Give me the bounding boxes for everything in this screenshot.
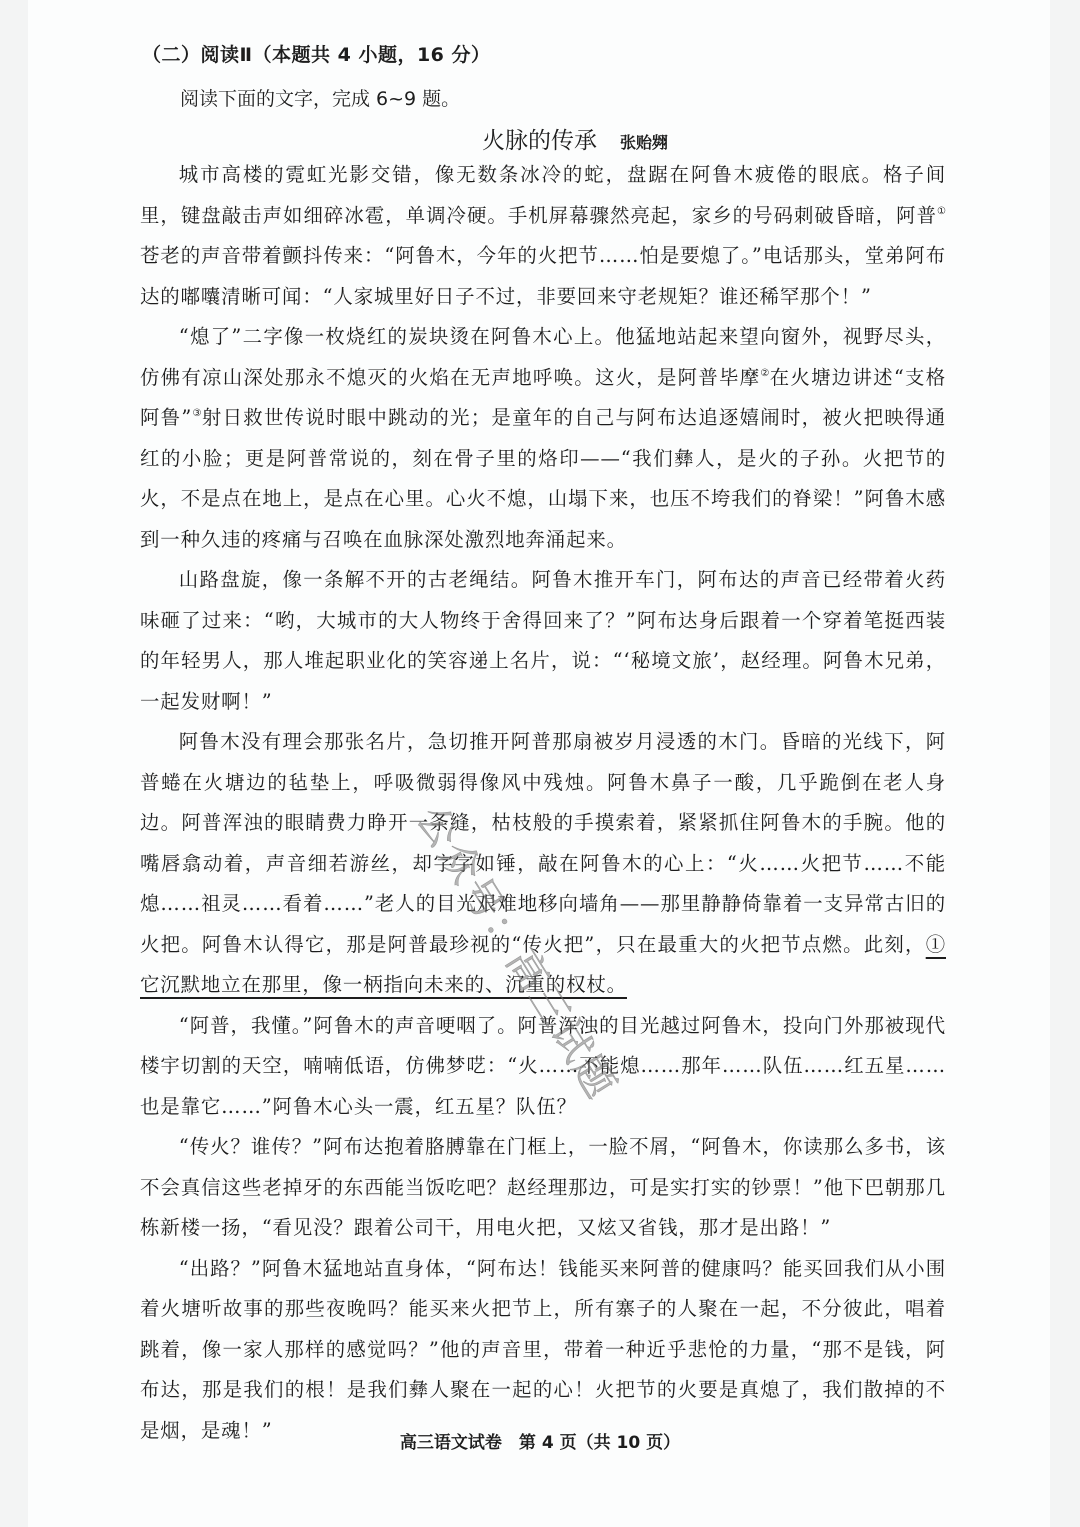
paragraph-text: “出路？”阿鲁木猛地站直身体，“阿布达！钱能买来阿普的健康吗？能买回我们从小围着… xyxy=(140,1257,946,1442)
article-paragraph: “熄了”二字像一枚烧红的炭块烫在阿鲁木心上。他猛地站起来望向窗外，视野尽头，仿佛… xyxy=(140,317,946,560)
section-heading: （二）阅读Ⅱ（本题共 4 小题，16 分） xyxy=(142,40,491,67)
paragraph-text: 阿鲁木没有理会那张名片，急切推开阿普那扇被岁月浸透的木门。昏暗的光线下，阿普蜷在… xyxy=(140,730,946,956)
article-paragraph: “出路？”阿鲁木猛地站直身体，“阿布达！钱能买来阿普的健康吗？能买回我们从小围着… xyxy=(140,1249,946,1452)
paragraph-text: 射日救世传说时眼中跳动的光；是童年的自己与阿布达追逐嬉闹时，被火把映得通红的小脸… xyxy=(140,406,946,551)
reading-instruction: 阅读下面的文字，完成 6~9 题。 xyxy=(180,84,460,111)
article-title-row: 火脉的传承 张贻翙 xyxy=(0,122,1080,155)
paragraph-text: “阿普，我懂。”阿鲁木的声音哽咽了。阿普浑浊的目光越过阿鲁木，投向门外那被现代楼… xyxy=(140,1014,946,1118)
page-footer: 高三语文试卷 第 4 页（共 10 页） xyxy=(0,1428,1080,1453)
footnote-marker: ③ xyxy=(192,408,202,419)
article-paragraph: 阿鲁木没有理会那张名片，急切推开阿普那扇被岁月浸透的木门。昏暗的光线下，阿普蜷在… xyxy=(140,722,946,1006)
paragraph-text: 苍老的声音带着颤抖传来：“阿鲁木，今年的火把节……怕是要熄了。”电话那头，堂弟阿… xyxy=(140,244,946,308)
article-paragraph: 城市高楼的霓虹光影交错，像无数条冰冷的蛇，盘踞在阿鲁木疲倦的眼底。格子间里，键盘… xyxy=(140,155,946,317)
paragraph-text: “传火？谁传？”阿布达抱着胳膊靠在门框上，一脸不屑，“阿鲁木，你读那么多书，该不… xyxy=(140,1135,946,1239)
article-paragraph: 山路盘旋，像一条解不开的古老绳结。阿鲁木推开车门，阿布达的声音已经带着火药味砸了… xyxy=(140,560,946,722)
paragraph-text: 城市高楼的霓虹光影交错，像无数条冰冷的蛇，盘踞在阿鲁木疲倦的眼底。格子间里，键盘… xyxy=(140,163,946,227)
article-paragraph: “传火？谁传？”阿布达抱着胳膊靠在门框上，一脸不屑，“阿鲁木，你读那么多书，该不… xyxy=(140,1127,946,1249)
footnote-marker: ② xyxy=(760,368,769,379)
article-paragraph: “阿普，我懂。”阿鲁木的声音哽咽了。阿普浑浊的目光越过阿鲁木，投向门外那被现代楼… xyxy=(140,1006,946,1128)
article-title: 火脉的传承 xyxy=(482,128,597,154)
article-body: 城市高楼的霓虹光影交错，像无数条冰冷的蛇，盘踞在阿鲁木疲倦的眼底。格子间里，键盘… xyxy=(140,155,946,1451)
article-author: 张贻翙 xyxy=(620,133,668,152)
paragraph-text: 山路盘旋，像一条解不开的古老绳结。阿鲁木推开车门，阿布达的声音已经带着火药味砸了… xyxy=(140,568,946,713)
footnote-marker: ① xyxy=(937,206,946,217)
